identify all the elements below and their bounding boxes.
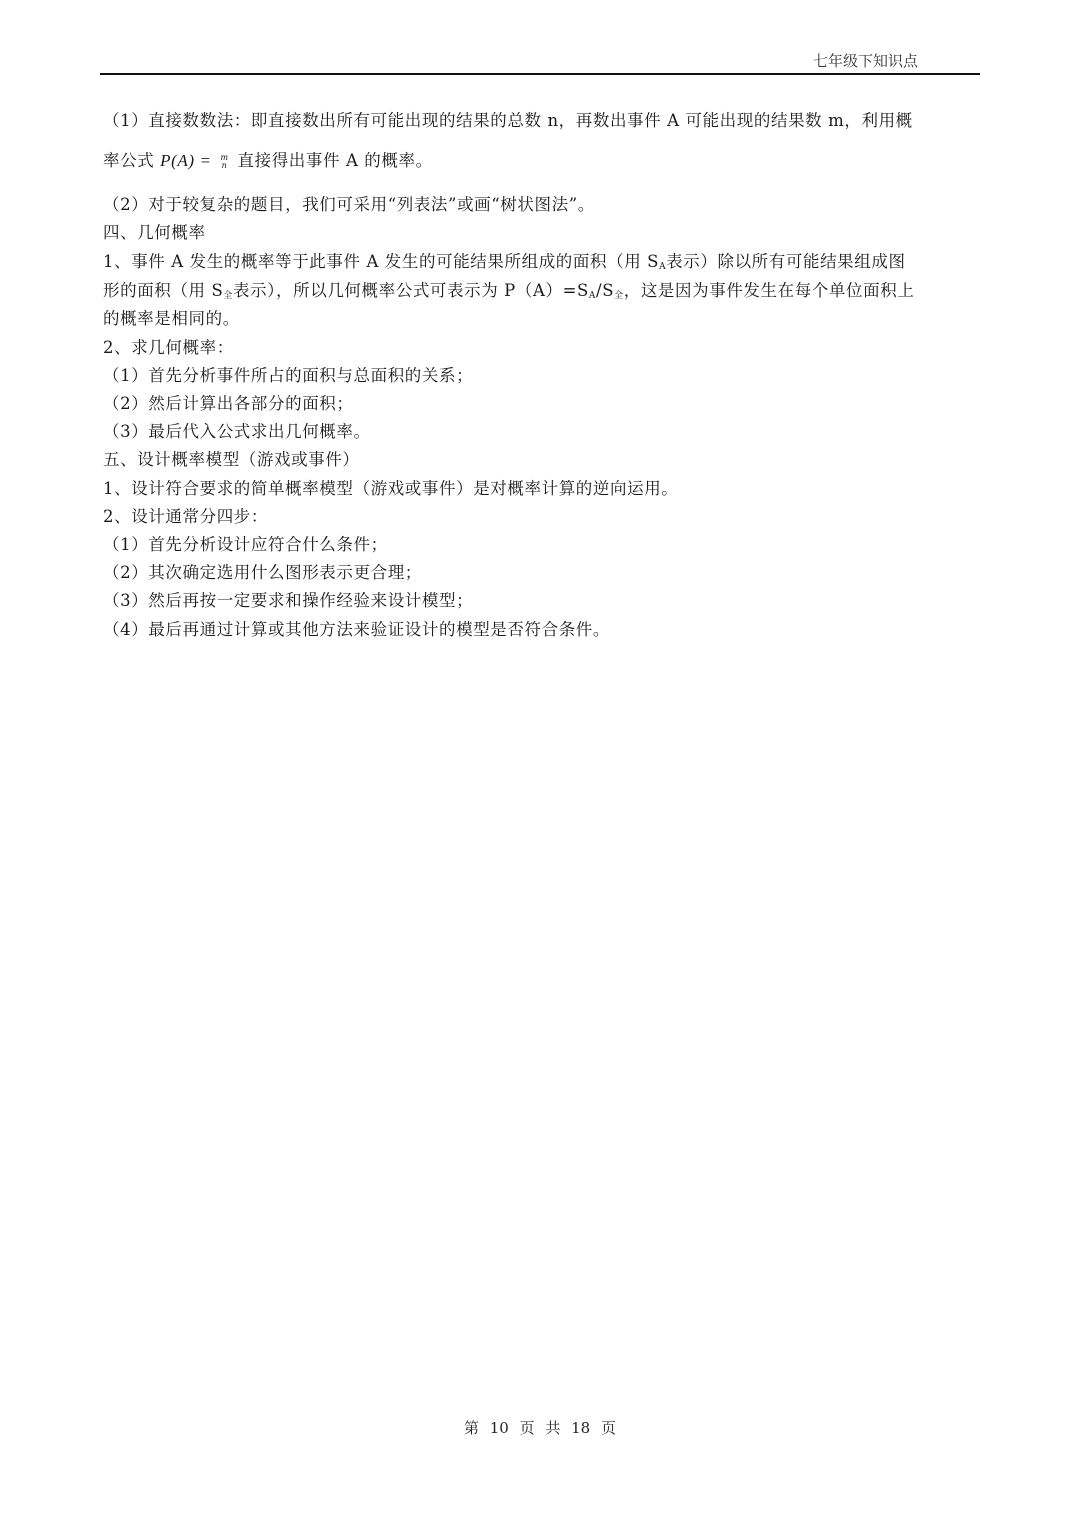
s5-para2-title: 2、设计通常分四步： (103, 503, 268, 527)
method1-line2: 率公式 P(A) = m n 直接得出事件 A 的概率。 (103, 147, 433, 171)
s5-para1: 1、设计符合要求的简单概率模型（游戏或事件）是对概率计算的逆向运用。 (103, 475, 678, 499)
header-divider (100, 73, 980, 75)
text-run: 表示），所以几何概率公式可表示为 P（A）=S (233, 281, 589, 300)
fraction-denominator: n (220, 162, 228, 170)
section5-title: 五、设计概率模型（游戏或事件） (103, 446, 360, 470)
s4-para2-title: 2、求几何概率： (103, 334, 234, 358)
s5-step-1: （1）首先分析设计应符合什么条件； (103, 531, 388, 555)
header-title: 七年级下知识点 (813, 50, 918, 71)
s5-step-2: （2）其次确定选用什么图形表示更合理； (103, 559, 422, 583)
method2-line: （2）对于较复杂的题目，我们可采用“列表法”或画“树状图法”。 (103, 191, 595, 215)
text-run: 形的面积（用 S (103, 281, 223, 300)
s5-step-3: （3）然后再按一定要求和操作经验来设计模型； (103, 587, 473, 611)
text-run: 1、事件 A 发生的概率等于此事件 A 发生的可能结果所组成的面积（用 S (103, 252, 659, 271)
subscript: 全 (223, 291, 233, 301)
method1-suffix: 直接得出事件 A 的概率。 (238, 151, 433, 170)
s4-para1-line2: 形的面积（用 S全表示），所以几何概率公式可表示为 P（A）=SA/S全，这是因… (103, 277, 914, 301)
section4-title: 四、几何概率 (103, 219, 206, 243)
s4-step-3: （3）最后代入公式求出几何概率。 (103, 418, 371, 442)
method1-prefix: 率公式 (103, 151, 154, 170)
s4-para1-line3: 的概率是相同的。 (103, 305, 240, 329)
s4-step-2: （2）然后计算出各部分的面积； (103, 390, 354, 414)
method1-line1: （1）直接数数法：即直接数出所有可能出现的结果的总数 n，再数出事件 A 可能出… (103, 107, 913, 131)
s4-para1-line1: 1、事件 A 发生的概率等于此事件 A 发生的可能结果所组成的面积（用 SA表示… (103, 248, 906, 272)
s4-step-1: （1）首先分析事件所占的面积与总面积的关系； (103, 362, 473, 386)
fraction-m-over-n: m n (220, 154, 228, 170)
subscript: A (589, 291, 596, 301)
text-run: ，这是因为事件发生在每个单位面积上 (624, 281, 915, 300)
page-number: 第 10 页 共 18 页 (0, 1417, 1080, 1438)
probability-formula: P(A) = (160, 151, 211, 170)
subscript: 全 (614, 291, 624, 301)
text-run: 表示）除以所有可能结果组成图 (666, 252, 905, 271)
s5-step-4: （4）最后再通过计算或其他方法来验证设计的模型是否符合条件。 (103, 616, 610, 640)
text-run: /S (596, 281, 614, 300)
